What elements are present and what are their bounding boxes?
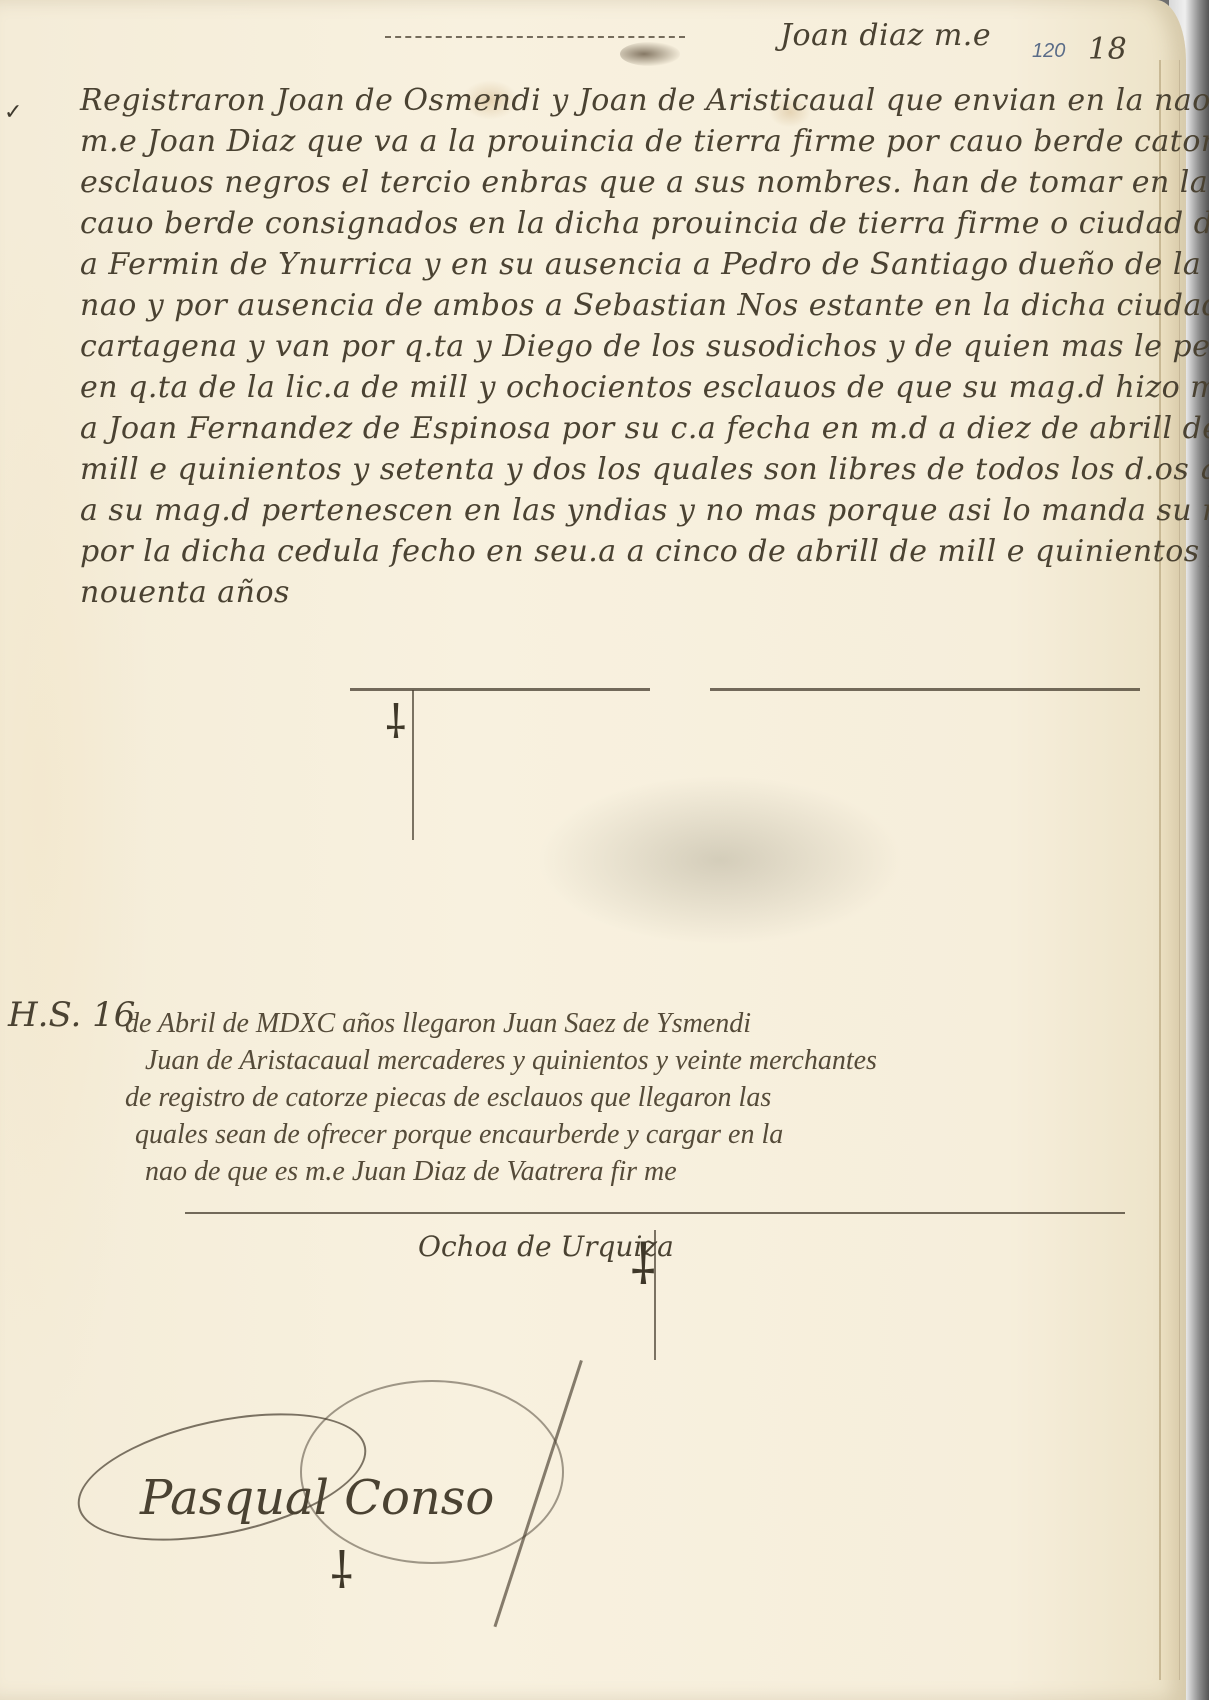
entry-2-line: de registro de catorze piecas de esclauo… bbox=[125, 1079, 1165, 1116]
marginal-header-name: Joan diaz m.e bbox=[780, 18, 991, 53]
folio-number-ink: 18 bbox=[1088, 32, 1127, 67]
closing-rule bbox=[710, 688, 1140, 691]
manuscript-page: Joan diaz m.e 120 18 ✓ Registraron Joan … bbox=[0, 0, 1186, 1700]
entry-2-line: nao de que es m.e Juan Diaz de Vaatrera … bbox=[125, 1153, 1165, 1190]
entry-2-line: de Abril de MDXC años llegaron Juan Saez… bbox=[125, 1005, 1165, 1042]
notary-rubric-icon: ⸸ bbox=[385, 690, 407, 752]
entry-2-line: Juan de Aristacaual mercaderes y quinien… bbox=[125, 1042, 1165, 1079]
entry-1-line: nouenta años bbox=[80, 572, 1140, 613]
rubric-stroke bbox=[654, 1230, 656, 1360]
entry-1-line: cartagena y van por q.ta y Diego de los … bbox=[80, 326, 1140, 367]
entry-1-line: por la dicha cedula fecho en seu.a a cin… bbox=[80, 531, 1140, 572]
entry-2-underline bbox=[185, 1212, 1125, 1214]
entry-1-line: a su mag.d pertenescen en las yndias y n… bbox=[80, 490, 1140, 531]
bottom-rubric-icon: ⸸ bbox=[330, 1535, 353, 1603]
ink-blot bbox=[620, 42, 680, 66]
entry-2-line: quales sean de ofrecer porque encaurberd… bbox=[125, 1116, 1165, 1153]
entry-1-text-block: Registraron Joan de Osmendi y Joan de Ar… bbox=[80, 80, 1140, 613]
entry-2-text-block: de Abril de MDXC años llegaron Juan Saez… bbox=[125, 1005, 1165, 1190]
entry-1-line: en q.ta de la lic.a de mill y ochociento… bbox=[80, 367, 1140, 408]
entry-1-line: cauo berde consignados en la dicha proui… bbox=[80, 203, 1140, 244]
signature-pasqual: Pasqual Conso bbox=[140, 1470, 494, 1526]
folio-number-pencil: 120 bbox=[1032, 40, 1065, 63]
entry-1-line: a Joan Fernandez de Espinosa por su c.a … bbox=[80, 408, 1140, 449]
top-dashed-rule bbox=[385, 36, 685, 38]
entry-1-line: Registraron Joan de Osmendi y Joan de Ar… bbox=[80, 80, 1140, 121]
entry-2-margin-mark: H.S. 16 bbox=[8, 995, 135, 1035]
entry-1-line: mill e quinientos y setenta y dos los qu… bbox=[80, 449, 1140, 490]
entry-1-line: m.e Joan Diaz que va a la prouincia de t… bbox=[80, 121, 1140, 162]
check-mark-icon: ✓ bbox=[4, 100, 22, 125]
rubric-stroke bbox=[412, 690, 414, 840]
entry-1-line: a Fermin de Ynurrica y en su ausencia a … bbox=[80, 244, 1140, 285]
entry-1-line: esclauos negros el tercio enbras que a s… bbox=[80, 162, 1140, 203]
entry-1-line: nao y por ausencia de ambos a Sebastian … bbox=[80, 285, 1140, 326]
signature-rubric-icon: ⸸ bbox=[630, 1225, 656, 1301]
